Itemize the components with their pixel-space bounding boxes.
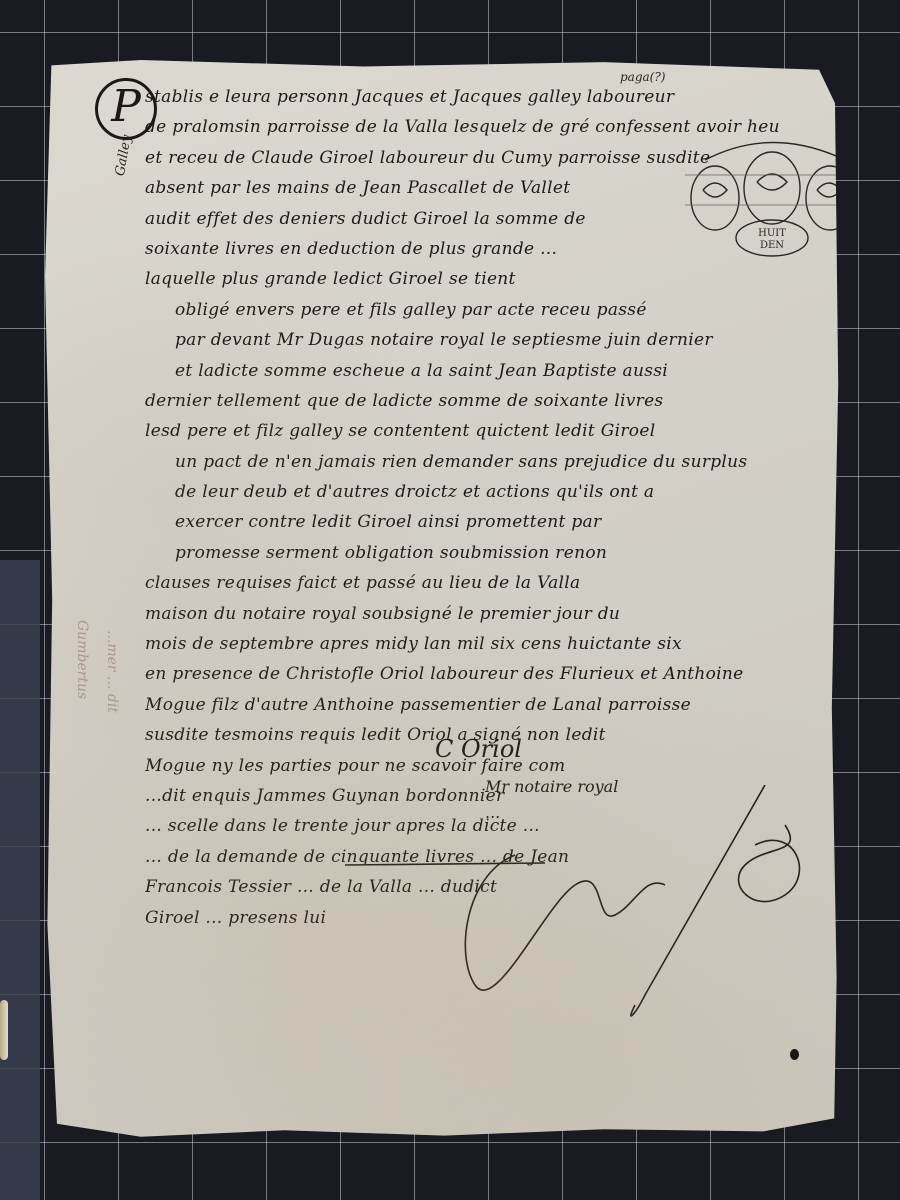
paper-tear — [0, 1000, 8, 1060]
manuscript-page: P Galley paga(?) stablis e leura personn… — [45, 60, 843, 1140]
text-line: dernier tellement que de ladicte somme d… — [145, 386, 815, 416]
text-line: laquelle plus grande ledict Giroel se ti… — [145, 264, 815, 294]
text-line: mois de septembre apres midy lan mil six… — [145, 629, 815, 659]
text-line: Mogue filz d'autre Anthoine passementier… — [145, 690, 815, 720]
faint-note: ...mer ... dit — [104, 630, 120, 713]
text-line: stablis e leura personn Jacques et Jacqu… — [145, 82, 815, 112]
text-line: clauses requises faict et passé au lieu … — [145, 568, 815, 598]
svg-text:HUIT: HUIT — [758, 228, 786, 239]
notary-flourish-icon — [345, 785, 825, 1025]
ink-blot — [790, 1049, 799, 1060]
text-line: lesd pere et filz galley se contentent q… — [145, 416, 815, 446]
text-line: de leur deub et d'autres droictz et acti… — [145, 477, 815, 507]
svg-text:DEN: DEN — [760, 240, 784, 251]
text-line: en presence de Christofle Oriol laboureu… — [145, 659, 815, 689]
text-line: un pact de n'en jamais rien demander san… — [145, 447, 815, 477]
bleed-through-notes: Gumbertus ...mer ... dit — [30, 620, 150, 840]
faint-note: Gumbertus — [74, 620, 90, 699]
text-line: promesse serment obligation soubmission … — [145, 538, 815, 568]
text-line: maison du notaire royal soubsigné le pre… — [145, 599, 815, 629]
margin-note: Galley — [113, 134, 135, 177]
text-line: exercer contre ledit Giroel ainsi promet… — [145, 507, 815, 537]
text-line: par devant Mr Dugas notaire royal le sep… — [145, 325, 815, 355]
text-line: et ladicte somme escheue a la saint Jean… — [145, 356, 815, 386]
witness-signature: C Oriol — [435, 735, 522, 763]
signature-block: C Oriol Mr notaire royal ... — [345, 725, 825, 1025]
tax-stamp-icon: HUIT DEN — [685, 130, 860, 260]
text-line: obligé envers pere et fils galley par ac… — [145, 295, 815, 325]
